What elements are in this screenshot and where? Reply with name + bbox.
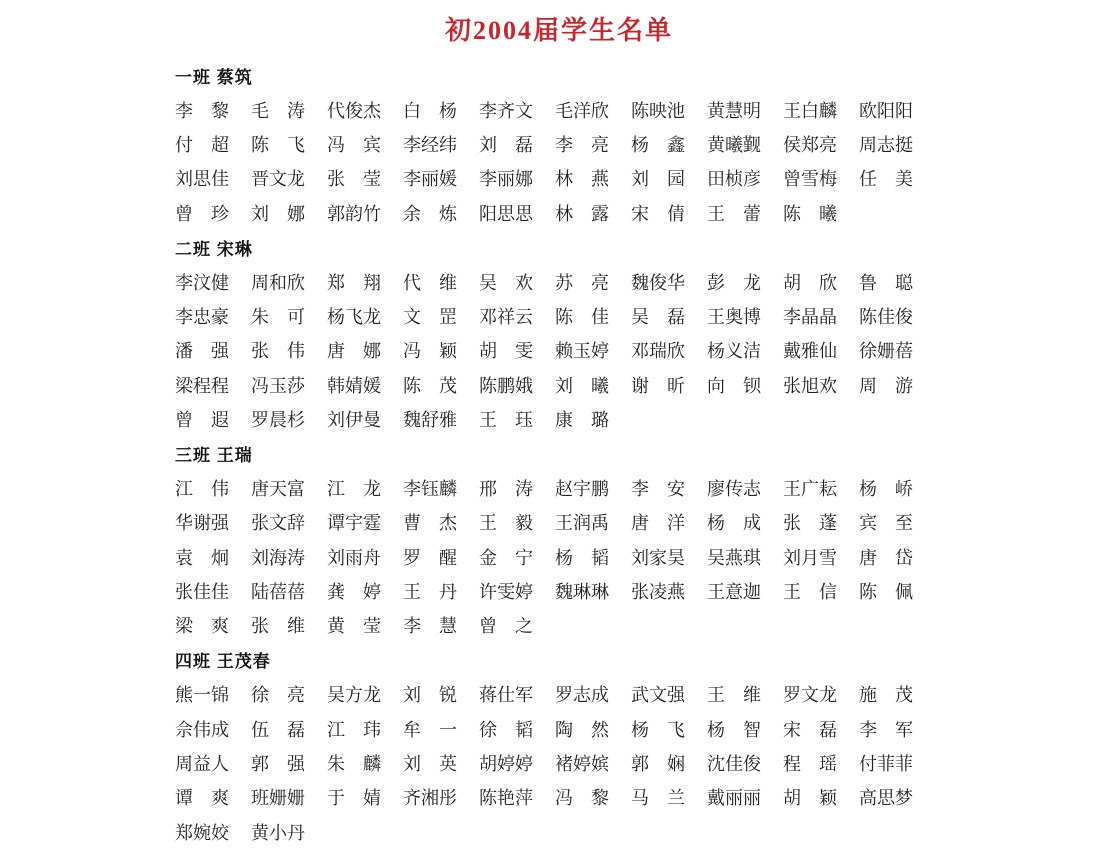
student-name: 代俊杰 (327, 97, 403, 123)
student-name: 张 莹 (327, 165, 403, 191)
student-name: 袁 炯 (175, 544, 251, 570)
name-row: 曾 珍刘 娜郭韵竹余 炼阳思思林 露宋 倩王 蕾陈 曦 (175, 196, 935, 230)
student-name: 宋 倩 (631, 200, 707, 226)
student-name: 罗志成 (555, 681, 631, 707)
name-row: 李汶健周和欣郑 翔代 维吴 欢苏 亮魏俊华彭 龙胡 欣鲁 聪 (175, 264, 935, 298)
student-name: 王润禹 (555, 509, 631, 535)
student-name: 马 兰 (631, 784, 707, 810)
student-name: 张凌燕 (631, 578, 707, 604)
student-name: 付菲菲 (859, 750, 935, 776)
student-name: 梁 爽 (175, 612, 251, 638)
student-name: 刘家昊 (631, 544, 707, 570)
student-name: 黄曦觐 (707, 131, 783, 157)
student-name: 高思梦 (859, 784, 935, 810)
student-name: 杨 峤 (859, 475, 935, 501)
student-name: 张 维 (251, 612, 327, 638)
student-name: 潘 强 (175, 337, 251, 363)
student-name: 杨 鑫 (631, 131, 707, 157)
student-name: 冯 颖 (403, 337, 479, 363)
student-name: 王奥博 (707, 303, 783, 329)
student-name: 李钰麟 (403, 475, 479, 501)
student-name: 李 军 (859, 716, 935, 742)
class-section: 二班 宋琳李汶健周和欣郑 翔代 维吴 欢苏 亮魏俊华彭 龙胡 欣鲁 聪李忠豪朱 … (175, 230, 935, 436)
student-name: 毛 涛 (251, 97, 327, 123)
student-name: 周益人 (175, 750, 251, 776)
student-name: 胡婷婷 (479, 750, 555, 776)
student-name: 白 杨 (403, 97, 479, 123)
student-name: 刘 园 (631, 165, 707, 191)
student-name: 刘 英 (403, 750, 479, 776)
student-name: 刘月雪 (783, 544, 859, 570)
student-name: 李汶健 (175, 269, 251, 295)
student-name: 康 璐 (555, 406, 631, 432)
name-row: 梁 爽张 维黄 莹李 慧曾 之 (175, 608, 935, 642)
student-name: 郭 娴 (631, 750, 707, 776)
student-name: 熊一锦 (175, 681, 251, 707)
class-section: 四班 王茂春熊一锦徐 亮吴方龙刘 锐蒋仕军罗志成武文强王 维罗文龙施 茂佘伟成伍… (175, 643, 935, 849)
student-name: 魏舒雅 (403, 406, 479, 432)
page-title: 初2004届学生名单 (0, 14, 1118, 58)
student-name: 黄小丹 (251, 819, 327, 845)
student-name: 刘 锐 (403, 681, 479, 707)
student-name: 陈佳俊 (859, 303, 935, 329)
student-name: 戴丽丽 (707, 784, 783, 810)
student-name: 黄慧明 (707, 97, 783, 123)
student-name: 刘思佳 (175, 165, 251, 191)
student-name: 陈 曦 (783, 200, 859, 226)
student-name: 谭宇霆 (327, 509, 403, 535)
student-name: 陆蓓蓓 (251, 578, 327, 604)
student-name: 陈 佳 (555, 303, 631, 329)
student-name: 杨义洁 (707, 337, 783, 363)
student-name: 宋 磊 (783, 716, 859, 742)
student-name: 陈艳萍 (479, 784, 555, 810)
student-name: 付 超 (175, 131, 251, 157)
student-name: 唐 娜 (327, 337, 403, 363)
student-name: 王 维 (707, 681, 783, 707)
student-name: 江 伟 (175, 475, 251, 501)
student-name: 郭 强 (251, 750, 327, 776)
student-name: 吴方龙 (327, 681, 403, 707)
student-name: 李 亮 (555, 131, 631, 157)
student-name: 陈 茂 (403, 372, 479, 398)
student-name: 于 婧 (327, 784, 403, 810)
student-name: 李 慧 (403, 612, 479, 638)
student-name: 彭 龙 (707, 269, 783, 295)
student-name: 罗文龙 (783, 681, 859, 707)
student-name: 李齐文 (479, 97, 555, 123)
student-name: 江 龙 (327, 475, 403, 501)
student-name: 王 丹 (403, 578, 479, 604)
student-name: 郑 翔 (327, 269, 403, 295)
name-row: 周益人郭 强朱 麟刘 英胡婷婷褚婷嫔郭 娴沈佳俊程 瑶付菲菲 (175, 746, 935, 780)
student-name: 吴 欢 (479, 269, 555, 295)
student-name: 王 蕾 (707, 200, 783, 226)
student-name: 郭韵竹 (327, 200, 403, 226)
student-name: 佘伟成 (175, 716, 251, 742)
student-name: 朱 可 (251, 303, 327, 329)
student-name: 刘雨舟 (327, 544, 403, 570)
name-row: 谭 爽班姗姗于 婧齐湘彤陈艳萍冯 黎马 兰戴丽丽胡 颖高思梦 (175, 780, 935, 814)
student-name: 王白麟 (783, 97, 859, 123)
student-name: 徐姗蓓 (859, 337, 935, 363)
student-name: 罗 醒 (403, 544, 479, 570)
student-name: 刘 曦 (555, 372, 631, 398)
student-name: 谢 昕 (631, 372, 707, 398)
student-name: 武文强 (631, 681, 707, 707)
student-name: 代 维 (403, 269, 479, 295)
name-row: 袁 炯刘海涛刘雨舟罗 醒金 宁杨 韬刘家昊吴燕琪刘月雪唐 岱 (175, 539, 935, 573)
student-name: 冯玉莎 (251, 372, 327, 398)
student-name: 曾 珍 (175, 200, 251, 226)
student-name: 林 露 (555, 200, 631, 226)
name-row: 张佳佳陆蓓蓓龚 婷王 丹许雯婷魏琳琳张凌燕王意迦王 信陈 佩 (175, 574, 935, 608)
student-name: 余 炼 (403, 200, 479, 226)
student-name: 张 伟 (251, 337, 327, 363)
roster-content: 一班 蔡筑李 黎毛 涛代俊杰白 杨李齐文毛洋欣陈映池黄慧明王白麟欧阳阳付 超陈 … (175, 58, 935, 849)
student-name: 杨 成 (707, 509, 783, 535)
student-name: 朱 麟 (327, 750, 403, 776)
student-name: 向 钡 (707, 372, 783, 398)
student-name: 曹 杰 (403, 509, 479, 535)
name-row: 梁程程冯玉莎韩婧媛陈 茂陈鹏娥刘 曦谢 昕向 钡张旭欢周 游 (175, 368, 935, 402)
student-name: 王 毅 (479, 509, 555, 535)
student-name: 陈映池 (631, 97, 707, 123)
student-name: 邓瑞欣 (631, 337, 707, 363)
student-name: 许雯婷 (479, 578, 555, 604)
student-name: 韩婧媛 (327, 372, 403, 398)
student-name: 金 宁 (479, 544, 555, 570)
student-name: 冯 宾 (327, 131, 403, 157)
student-name: 周和欣 (251, 269, 327, 295)
student-name: 班姗姗 (251, 784, 327, 810)
student-name: 鲁 聪 (859, 269, 935, 295)
student-name: 李经纬 (403, 131, 479, 157)
name-row: 曾 遐罗晨杉刘伊曼魏舒雅王 珏康 璐 (175, 402, 935, 436)
student-name: 宾 至 (859, 509, 935, 535)
student-name: 任 美 (859, 165, 935, 191)
student-name: 杨 飞 (631, 716, 707, 742)
student-name: 张旭欢 (783, 372, 859, 398)
student-name: 齐湘彤 (403, 784, 479, 810)
student-name: 周 游 (859, 372, 935, 398)
student-name: 牟 一 (403, 716, 479, 742)
name-row: 李忠豪朱 可杨飞龙文 罡邓祥云陈 佳吴 磊王奥博李晶晶陈佳俊 (175, 299, 935, 333)
student-name: 华谢强 (175, 509, 251, 535)
student-name: 刘伊曼 (327, 406, 403, 432)
student-name: 梁程程 (175, 372, 251, 398)
student-name: 赖玉婷 (555, 337, 631, 363)
student-name: 曾 遐 (175, 406, 251, 432)
student-name: 王广耘 (783, 475, 859, 501)
name-row: 佘伟成伍 磊江 玮牟 一徐 韬陶 然杨 飞杨 智宋 磊李 军 (175, 711, 935, 745)
name-row: 郑婉姣黄小丹 (175, 815, 935, 849)
name-row: 刘思佳晋文龙张 莹李丽媛李丽娜林 燕刘 园田桢彦曾雪梅任 美 (175, 161, 935, 195)
student-name: 曾 之 (479, 612, 555, 638)
student-name: 唐 岱 (859, 544, 935, 570)
student-name: 林 燕 (555, 165, 631, 191)
class-header: 四班 王茂春 (175, 643, 935, 677)
student-name: 唐 洋 (631, 509, 707, 535)
student-name: 徐 亮 (251, 681, 327, 707)
student-name: 李忠豪 (175, 303, 251, 329)
student-name: 蒋仕军 (479, 681, 555, 707)
student-name: 冯 黎 (555, 784, 631, 810)
student-roster-page: 初2004届学生名单 一班 蔡筑李 黎毛 涛代俊杰白 杨李齐文毛洋欣陈映池黄慧明… (0, 0, 1118, 860)
name-row: 李 黎毛 涛代俊杰白 杨李齐文毛洋欣陈映池黄慧明王白麟欧阳阳 (175, 92, 935, 126)
student-name: 胡 欣 (783, 269, 859, 295)
student-name: 欧阳阳 (859, 97, 935, 123)
student-name: 苏 亮 (555, 269, 631, 295)
student-name: 陈 佩 (859, 578, 935, 604)
student-name: 李晶晶 (783, 303, 859, 329)
student-name: 阳思思 (479, 200, 555, 226)
student-name: 魏俊华 (631, 269, 707, 295)
student-name: 唐天富 (251, 475, 327, 501)
student-name: 张文辞 (251, 509, 327, 535)
student-name: 黄 莹 (327, 612, 403, 638)
student-name: 龚 婷 (327, 578, 403, 604)
class-header: 二班 宋琳 (175, 230, 935, 264)
student-name: 吴燕琪 (707, 544, 783, 570)
student-name: 郑婉姣 (175, 819, 251, 845)
student-name: 张佳佳 (175, 578, 251, 604)
student-name: 陈鹏娥 (479, 372, 555, 398)
student-name: 沈佳俊 (707, 750, 783, 776)
student-name: 曾雪梅 (783, 165, 859, 191)
student-name: 刘 磊 (479, 131, 555, 157)
student-name: 杨 智 (707, 716, 783, 742)
student-name: 胡 雯 (479, 337, 555, 363)
student-name: 伍 磊 (251, 716, 327, 742)
class-section: 一班 蔡筑李 黎毛 涛代俊杰白 杨李齐文毛洋欣陈映池黄慧明王白麟欧阳阳付 超陈 … (175, 58, 935, 230)
student-name: 廖传志 (707, 475, 783, 501)
name-row: 华谢强张文辞谭宇霆曹 杰王 毅王润禹唐 洋杨 成张 蓬宾 至 (175, 505, 935, 539)
student-name: 程 瑶 (783, 750, 859, 776)
student-name: 周志挺 (859, 131, 935, 157)
student-name: 邓祥云 (479, 303, 555, 329)
student-name: 戴雅仙 (783, 337, 859, 363)
class-section: 三班 王瑞江 伟唐天富江 龙李钰麟邢 涛赵宇鹏李 安廖传志王广耘杨 峤华谢强张文… (175, 436, 935, 642)
student-name: 罗晨杉 (251, 406, 327, 432)
student-name: 刘 娜 (251, 200, 327, 226)
student-name: 王 信 (783, 578, 859, 604)
student-name: 谭 爽 (175, 784, 251, 810)
student-name: 陶 然 (555, 716, 631, 742)
student-name: 王意迦 (707, 578, 783, 604)
name-row: 付 超陈 飞冯 宾李经纬刘 磊李 亮杨 鑫黄曦觐侯郑亮周志挺 (175, 127, 935, 161)
student-name: 邢 涛 (479, 475, 555, 501)
student-name: 魏琳琳 (555, 578, 631, 604)
name-row: 潘 强张 伟唐 娜冯 颖胡 雯赖玉婷邓瑞欣杨义洁戴雅仙徐姗蓓 (175, 333, 935, 367)
student-name: 张 蓬 (783, 509, 859, 535)
student-name: 田桢彦 (707, 165, 783, 191)
student-name: 赵宇鹏 (555, 475, 631, 501)
student-name: 李丽媛 (403, 165, 479, 191)
student-name: 李 黎 (175, 97, 251, 123)
name-row: 熊一锦徐 亮吴方龙刘 锐蒋仕军罗志成武文强王 维罗文龙施 茂 (175, 677, 935, 711)
student-name: 侯郑亮 (783, 131, 859, 157)
class-header: 三班 王瑞 (175, 436, 935, 470)
student-name: 胡 颖 (783, 784, 859, 810)
student-name: 晋文龙 (251, 165, 327, 191)
student-name: 江 玮 (327, 716, 403, 742)
student-name: 杨飞龙 (327, 303, 403, 329)
student-name: 徐 韬 (479, 716, 555, 742)
student-name: 李丽娜 (479, 165, 555, 191)
name-row: 江 伟唐天富江 龙李钰麟邢 涛赵宇鹏李 安廖传志王广耘杨 峤 (175, 471, 935, 505)
student-name: 施 茂 (859, 681, 935, 707)
student-name: 毛洋欣 (555, 97, 631, 123)
student-name: 吴 磊 (631, 303, 707, 329)
student-name: 刘海涛 (251, 544, 327, 570)
student-name: 文 罡 (403, 303, 479, 329)
student-name: 陈 飞 (251, 131, 327, 157)
student-name: 王 珏 (479, 406, 555, 432)
student-name: 李 安 (631, 475, 707, 501)
student-name: 褚婷嫔 (555, 750, 631, 776)
class-header: 一班 蔡筑 (175, 58, 935, 92)
student-name: 杨 韬 (555, 544, 631, 570)
